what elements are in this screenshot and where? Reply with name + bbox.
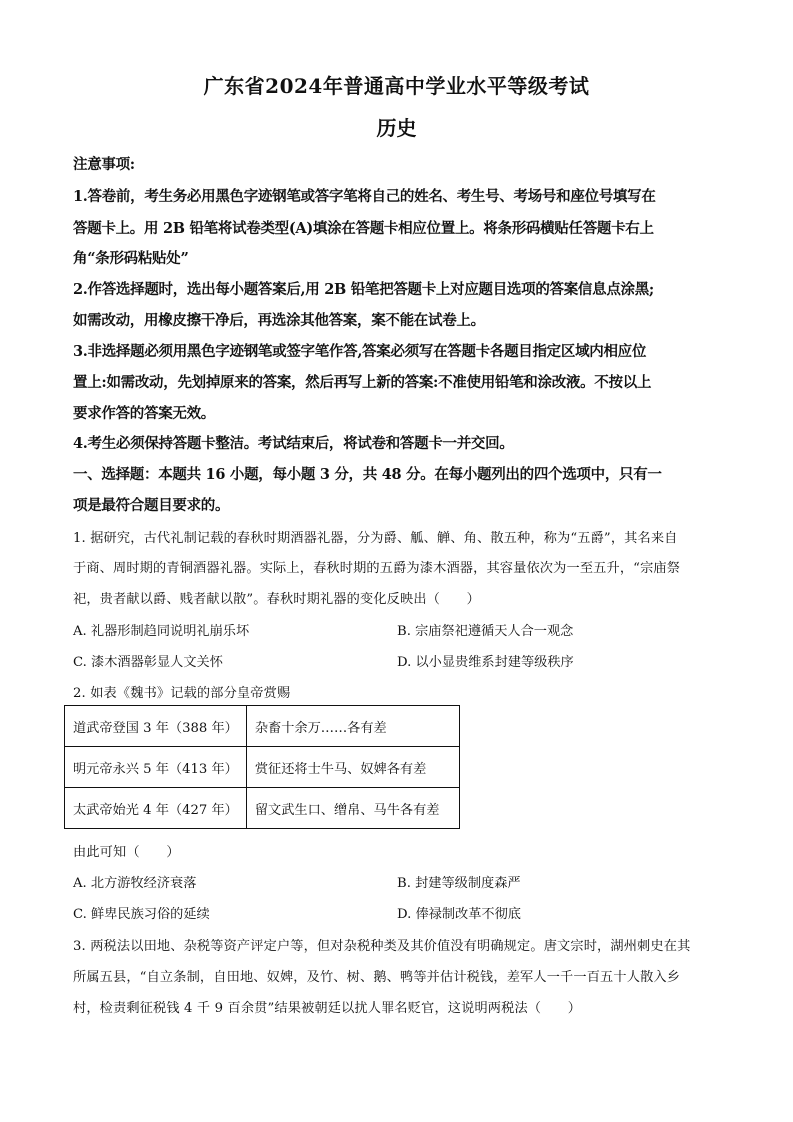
question-2-prompt: 由此可知（ ） bbox=[73, 841, 180, 860]
table-row: 明元帝永兴 5 年（413 年） 赏征还将士牛马、奴婢各有差 bbox=[65, 747, 460, 788]
table-cell: 留文武生口、缯帛、马牛各有差 bbox=[246, 788, 459, 829]
question-1-option-c[interactable]: C. 漆木酒器彰显人文关怀 bbox=[73, 651, 223, 670]
notice-line: 置上:如需改动，先划掉原来的答案，然后再写上新的答案:不准使用铅笔和涂改液。不按… bbox=[73, 371, 651, 392]
question-1-text: 祀，贵者献以爵、贱者献以散”。春秋时期礼器的变化反映出（ ） bbox=[73, 588, 480, 607]
notice-line: 要求作答的答案无效。 bbox=[73, 402, 215, 423]
question-2-option-a[interactable]: A. 北方游牧经济衰落 bbox=[73, 872, 196, 891]
notice-heading: 注意事项: bbox=[73, 153, 135, 174]
notice-line: 答题卡上。用 2B 铅笔将试卷类型(A)填涂在答题卡相应位置上。将条形码横贴任答… bbox=[73, 217, 654, 238]
notice-line: 如需改动，用橡皮擦干净后，再选涂其他答案，案不能在试卷上。 bbox=[73, 309, 485, 330]
question-2-text: 2. 如表《魏书》记载的部分皇帝赏赐 bbox=[73, 682, 290, 701]
question-2-option-b[interactable]: B. 封建等级制度森严 bbox=[397, 872, 521, 891]
notice-line: 1.答卷前，考生务必用黑色字迹钢笔或答字笔将自己的姓名、考生号、考场号和座位号填… bbox=[73, 185, 656, 206]
exam-page: 广东省2024年普通高中学业水平等级考试 历史 注意事项: 1.答卷前，考生务必… bbox=[0, 0, 793, 1122]
table-cell: 明元帝永兴 5 年（413 年） bbox=[65, 747, 247, 788]
exam-subject: 历史 bbox=[0, 112, 793, 141]
question-1-text: 1. 据研究，古代礼制记载的春秋时期酒器礼器，分为爵、觚、觯、角、散五种，称为“… bbox=[73, 527, 678, 546]
question-3-text: 所属五县，“自立条制，自田地、奴婢，及竹、树、鹅、鸭等并估计税钱，差军人一千一百… bbox=[73, 966, 680, 985]
question-2-option-c[interactable]: C. 鲜卑民族习俗的延续 bbox=[73, 903, 210, 922]
section-heading: 一、选择题：本题共 16 小题，每小题 3 分，共 48 分。在每小题列出的四个… bbox=[73, 463, 662, 484]
table-cell: 道武帝登国 3 年（388 年） bbox=[65, 706, 247, 747]
question-2-option-d[interactable]: D. 俸禄制改革不彻底 bbox=[397, 903, 521, 922]
notice-line: 2.作答选择题时，选出每小题答案后,用 2B 铅笔把答题卡上对应题目选项的答案信… bbox=[73, 278, 654, 299]
question-1-text: 于商、周时期的青铜酒器礼器。实际上，春秋时期的五爵为漆木酒器，其容量依次为一至五… bbox=[73, 557, 680, 576]
question-2-table: 道武帝登国 3 年（388 年） 杂畜十余万……各有差 明元帝永兴 5 年（41… bbox=[64, 705, 460, 829]
table-cell: 赏征还将士牛马、奴婢各有差 bbox=[246, 747, 459, 788]
section-heading: 项是最符合题目要求的。 bbox=[73, 494, 229, 515]
question-1-option-d[interactable]: D. 以小显贵维系封建等级秩序 bbox=[397, 651, 574, 670]
exam-title: 广东省2024年普通高中学业水平等级考试 bbox=[0, 70, 793, 99]
notice-line: 3.非选择题必须用黑色字迹钢笔或签字笔作答,答案必须写在答题卡各题目指定区域内相… bbox=[73, 340, 646, 361]
question-1-option-b[interactable]: B. 宗庙祭祀遵循天人合一观念 bbox=[397, 620, 573, 639]
question-3-text: 3. 两税法以田地、杂税等资产评定户等，但对杂税种类及其价值没有明确规定。唐文宗… bbox=[73, 935, 690, 954]
table-cell: 杂畜十余万……各有差 bbox=[246, 706, 459, 747]
notice-line: 4.考生必须保持答题卡整洁。考试结束后，将试卷和答题卡一并交回。 bbox=[73, 432, 514, 453]
table-row: 道武帝登国 3 年（388 年） 杂畜十余万……各有差 bbox=[65, 706, 460, 747]
question-1-option-a[interactable]: A. 礼器形制趋同说明礼崩乐坏 bbox=[73, 620, 249, 639]
table-cell: 太武帝始光 4 年（427 年） bbox=[65, 788, 247, 829]
table-row: 太武帝始光 4 年（427 年） 留文武生口、缯帛、马牛各有差 bbox=[65, 788, 460, 829]
notice-line: 角“条形码粘贴处” bbox=[73, 247, 188, 268]
question-3-text: 村，检责剩征税钱 4 千 9 百余贯”结果被朝廷以扰人罪名贬官，这说明两税法（ … bbox=[73, 997, 581, 1016]
